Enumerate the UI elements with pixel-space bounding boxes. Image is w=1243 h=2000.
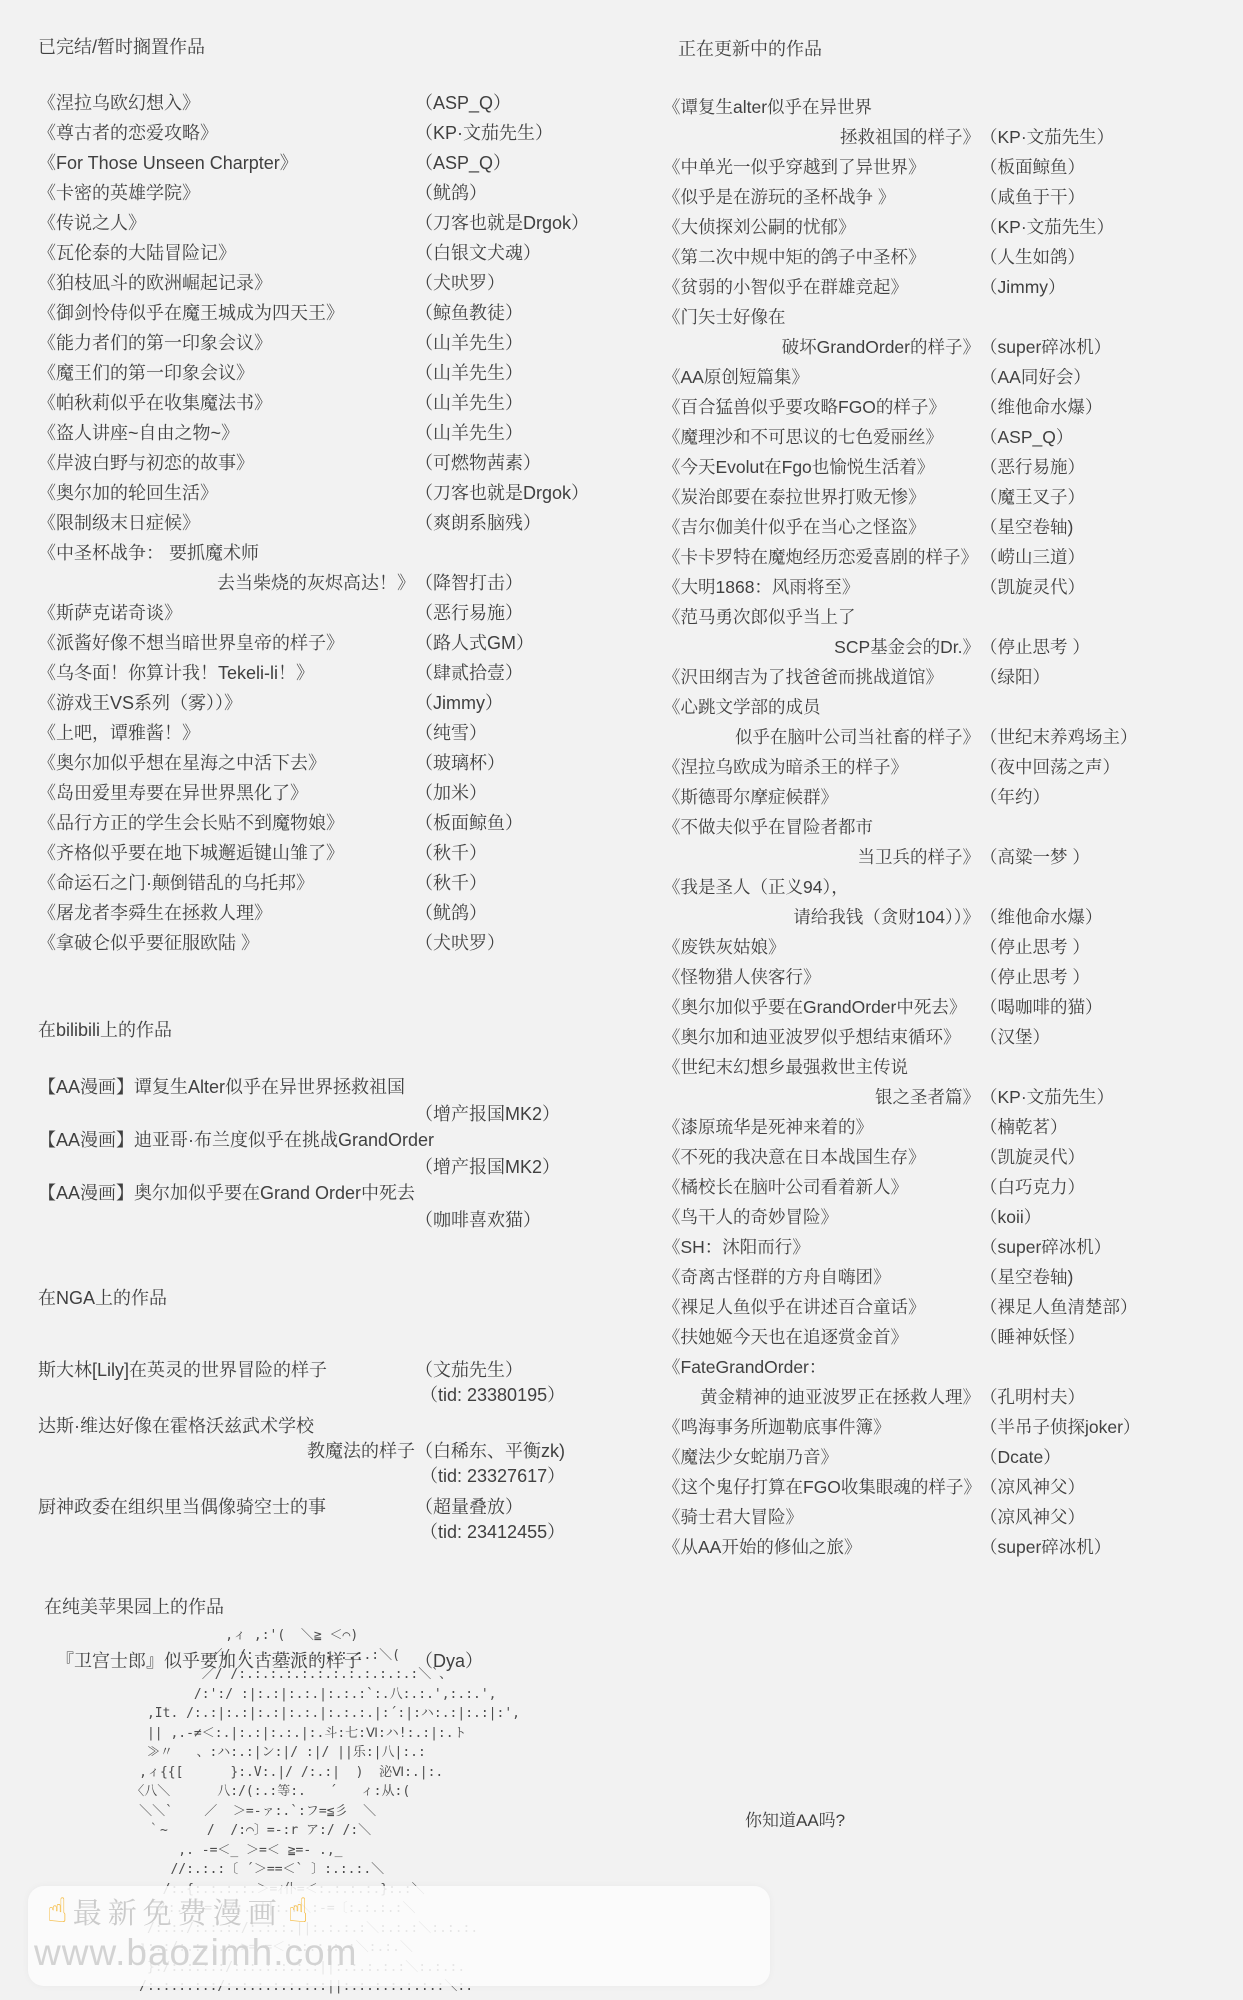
work-author: （AA同好会） <box>980 362 1238 392</box>
work-row: 《能力者们的第一印象会议》（山羊先生） <box>38 328 623 358</box>
work-title: 《涅拉乌欧幻想入》 <box>38 88 415 118</box>
work-title: 《中圣杯战争： 要抓魔术师 <box>38 538 623 568</box>
work-title: 《世纪末幻想乡最强救世主传说 <box>663 1052 1238 1082</box>
work-row: 《废铁灰姑娘》（停止思考 ） <box>663 932 1238 962</box>
work-author: （崂山三道） <box>980 542 1238 572</box>
work-author: （爽朗系脑残） <box>415 508 623 538</box>
work-row: 去当柴烧的灰烬高达！》（降智打击） <box>38 568 623 598</box>
work-row: 斯大林[Lily]在英灵的世界冒险的样子（文茄先生） <box>38 1358 623 1383</box>
work-row: 请给我钱（贪财104））》（维他命水爆） <box>663 902 1238 932</box>
work-title: 《似乎是在游玩的圣杯战争 》 <box>663 182 980 212</box>
work-author: （鱿鸽） <box>415 178 623 208</box>
updating-works-list: 《谭复生alter似乎在异世界拯救祖国的样子》（KP·文茄先生）《中单光一似乎穿… <box>663 92 1238 1562</box>
work-row: 厨神政委在组织里当偶像骑空士的事（超量叠放） <box>38 1495 623 1520</box>
work-title: 《斯德哥尔摩症候群》 <box>663 782 980 812</box>
work-author: （山羊先生） <box>415 418 623 448</box>
work-author: （鱿鸽） <box>415 898 623 928</box>
work-title: 《能力者们的第一印象会议》 <box>38 328 415 358</box>
work-row: 《品行方正的学生会长贴不到魔物娘》（板面鲸鱼） <box>38 808 623 838</box>
work-row: 《这个鬼仔打算在FGO收集眼魂的样子》（凉风神父） <box>663 1472 1238 1502</box>
work-title: 《斯萨克诺奇谈》 <box>38 598 415 628</box>
work-title: 《从AA开始的修仙之旅》 <box>663 1532 980 1562</box>
work-row: 《游戏王VS系列（雾））》（Jimmy） <box>38 688 623 718</box>
work-row: 《For Those Unseen Charpter》（ASP_Q） <box>38 148 623 178</box>
watermark-title: 最新免费漫画 <box>73 1891 283 1932</box>
work-row: 《裸足人鱼似乎在讲述百合童话》（裸足人鱼清楚部） <box>663 1292 1238 1322</box>
work-title: 《漆原琉华是死神来着的》 <box>663 1112 980 1142</box>
work-title: 《我是圣人（正义94）， <box>663 872 1238 902</box>
work-title: 【AA漫画】奥尔加似乎要在Grand Order中死去 <box>38 1180 623 1207</box>
work-author: （山羊先生） <box>415 358 623 388</box>
work-title: 《魔王们的第一印象会议》 <box>38 358 415 388</box>
work-author: （鲸鱼教徒） <box>415 298 623 328</box>
work-author: （文茄先生） <box>415 1358 623 1383</box>
work-row: 《魔理沙和不可思议的七色爱丽丝》（ASP_Q） <box>663 422 1238 452</box>
work-title: 《沢田纲吉为了找爸爸而挑战道馆》 <box>663 662 980 692</box>
work-row: 《奥尔加似乎想在星海之中活下去》（玻璃杯） <box>38 748 623 778</box>
work-row: 拯救祖国的样子》（KP·文茄先生） <box>663 122 1238 152</box>
work-title: 《奥尔加和迪亚波罗似乎想结束循环》 <box>663 1022 980 1052</box>
work-title: 《门矢士好像在 <box>663 302 1238 332</box>
thread-id: （tid: 23412455） <box>38 1520 623 1545</box>
work-title: 《游戏王VS系列（雾））》 <box>38 688 415 718</box>
list-item: 厨神政委在组织里当偶像骑空士的事（超量叠放）（tid: 23412455） <box>38 1495 623 1545</box>
work-author: （魔王叉子） <box>980 482 1238 512</box>
thread-id: （tid: 23327617） <box>38 1464 623 1489</box>
work-row: 《骑士君大冒险》（凉风神父） <box>663 1502 1238 1532</box>
work-row: 《奥尔加的轮回生活》（刀客也就是Drgok） <box>38 478 623 508</box>
work-row: 《狛枝凪斗的欧洲崛起记录》（犬吠罗） <box>38 268 623 298</box>
work-author: （咖啡喜欢猫） <box>38 1207 623 1234</box>
work-title: 《中单光一似乎穿越到了异世界》 <box>663 152 980 182</box>
work-title: 《御剑怜侍似乎在魔王城成为四天王》 <box>38 298 415 328</box>
work-row: 《魔法少女蛇崩乃音》（Dcate） <box>663 1442 1238 1472</box>
work-author: （Dcate） <box>980 1442 1238 1472</box>
work-title: 《第二次中规中矩的鸽子中圣杯》 <box>663 242 980 272</box>
work-author: （KP·文茄先生） <box>980 1082 1238 1112</box>
work-author: （可燃物茜素） <box>415 448 623 478</box>
work-title: 《AA原创短篇集》 <box>663 362 980 392</box>
work-author: （楠乾茗） <box>980 1112 1238 1142</box>
work-title: 《限制级末日症候》 <box>38 508 415 538</box>
work-author: （咸鱼于干） <box>980 182 1238 212</box>
work-author: （纯雪） <box>415 718 623 748</box>
work-row: 《斯德哥尔摩症候群》（年约） <box>663 782 1238 812</box>
work-author: （山羊先生） <box>415 388 623 418</box>
work-author: （增产报国MK2） <box>38 1154 623 1181</box>
work-title: 《大侦探刘公嗣的忧郁》 <box>663 212 980 242</box>
bilibili-works-list: 【AA漫画】谭复生Alter似乎在异世界拯救祖国（增产报国MK2）【AA漫画】迪… <box>38 1074 623 1233</box>
work-title: 《鸣海事务所迦勒底事件簿》 <box>663 1412 980 1442</box>
work-author: （KP·文茄先生） <box>980 122 1238 152</box>
nga-works-list: 斯大林[Lily]在英灵的世界冒险的样子（文茄先生）（tid: 23380195… <box>38 1358 623 1551</box>
work-title: 《贫弱的小智似乎在群雄竞起》 <box>663 272 980 302</box>
work-author: （凉风神父） <box>980 1502 1238 1532</box>
work-author: （半吊子侦探joker） <box>980 1412 1238 1442</box>
pointing-hand-icon: ☝ <box>47 1894 68 1928</box>
work-title: 《拿破仑似乎要征服欧陆 》 <box>38 928 415 958</box>
work-author: （刀客也就是Drgok） <box>415 208 623 238</box>
work-row: 《拿破仑似乎要征服欧陆 》（犬吠罗） <box>38 928 623 958</box>
work-title: 《上吧，谭雅酱！》 <box>38 718 415 748</box>
work-row: 《似乎是在游玩的圣杯战争 》（咸鱼于干） <box>663 182 1238 212</box>
work-title: 《不死的我决意在日本战国生存》 <box>663 1142 980 1172</box>
work-title: 《不做夫似乎在冒险者都市 <box>663 812 1238 842</box>
aa-question-text: 你知道AA吗? <box>745 1806 845 1831</box>
work-row: 《乌冬面！你算计我！Tekeli-li！》（肆贰拾壹） <box>38 658 623 688</box>
work-title: 《奇离古怪群的方舟自嗨团》 <box>663 1262 980 1292</box>
work-row: 《橘校长在脑叶公司看着新人》（白巧克力） <box>663 1172 1238 1202</box>
work-title: 《齐格似乎要在地下城邂逅键山雏了》 <box>38 838 415 868</box>
pointing-hand-icon: ☝ <box>288 1894 309 1928</box>
work-author: （维他命水爆） <box>980 902 1238 932</box>
work-title-continued: 请给我钱（贪财104））》 <box>663 902 980 932</box>
work-row: 《第二次中规中矩的鸽子中圣杯》（人生如鸽） <box>663 242 1238 272</box>
work-row: 《尊古者的恋爱攻略》（KP·文茄先生） <box>38 118 623 148</box>
work-title: 《For Those Unseen Charpter》 <box>38 148 415 178</box>
work-row: 《炭治郎要在泰拉世界打败无惨》（魔王叉子） <box>663 482 1238 512</box>
work-title-continued: 破坏GrandOrder的样子》 <box>663 332 980 362</box>
work-title: 《怪物猎人侠客行》 <box>663 962 980 992</box>
work-author: （白巧克力） <box>980 1172 1238 1202</box>
work-title: 《这个鬼仔打算在FGO收集眼魂的样子》 <box>663 1472 980 1502</box>
work-title: 《谭复生alter似乎在异世界 <box>663 92 1238 122</box>
section-heading-nga: 在NGA上的作品 <box>38 1284 167 1310</box>
work-author: （增产报国MK2） <box>38 1101 623 1128</box>
work-title: 《SH：沐阳而行》 <box>663 1232 980 1262</box>
work-title: 《范马勇次郎似乎当上了 <box>663 602 1238 632</box>
work-row: 《卡密的英雄学院》（鱿鸽） <box>38 178 623 208</box>
work-row: 《贫弱的小智似乎在群雄竞起》（Jimmy） <box>663 272 1238 302</box>
work-row: 《沢田纲吉为了找爸爸而挑战道馆》（绿阳） <box>663 662 1238 692</box>
work-row: 破坏GrandOrder的样子》（super碎冰机） <box>663 332 1238 362</box>
work-row: 《涅拉乌欧成为暗杀王的样子》（夜中回荡之声） <box>663 752 1238 782</box>
work-author: （玻璃杯） <box>415 748 623 778</box>
work-author: （山羊先生） <box>415 328 623 358</box>
section-heading-apple: 在纯美苹果园上的作品 <box>44 1593 224 1619</box>
work-author: （孔明村夫） <box>980 1382 1238 1412</box>
work-title: 《吉尔伽美什似乎在当心之怪盗》 <box>663 512 980 542</box>
work-author: （Jimmy） <box>980 272 1238 302</box>
work-title: 《传说之人》 <box>38 208 415 238</box>
work-author: （ASP_Q） <box>980 422 1238 452</box>
work-author: （年约） <box>980 782 1238 812</box>
work-title: 厨神政委在组织里当偶像骑空士的事 <box>38 1495 415 1520</box>
work-author: （肆贰拾壹） <box>415 658 623 688</box>
work-row: 教魔法的样子（白稀东、平衡zk) <box>38 1439 623 1464</box>
work-title: 《帕秋莉似乎在收集魔法书》 <box>38 388 415 418</box>
work-title: 【AA漫画】谭复生Alter似乎在异世界拯救祖国 <box>38 1074 623 1101</box>
work-row: 似乎在脑叶公司当社畜的样子》（世纪末养鸡场主） <box>663 722 1238 752</box>
work-title: 《裸足人鱼似乎在讲述百合童话》 <box>663 1292 980 1322</box>
work-row: 《吉尔伽美什似乎在当心之怪盗》（星空卷轴) <box>663 512 1238 542</box>
thread-id: （tid: 23380195） <box>38 1383 623 1408</box>
work-author: （汉堡） <box>980 1022 1238 1052</box>
work-title: 《狛枝凪斗的欧洲崛起记录》 <box>38 268 415 298</box>
work-row: 《扶她姬今天也在追逐赏金首》（睡神妖怪） <box>663 1322 1238 1352</box>
work-title: 《卡密的英雄学院》 <box>38 178 415 208</box>
work-author: （ASP_Q） <box>415 148 623 178</box>
list-item: 斯大林[Lily]在英灵的世界冒险的样子（文茄先生）（tid: 23380195… <box>38 1358 623 1408</box>
work-title: 《今天Evolut在Fgo也愉悦生活着》 <box>663 452 980 482</box>
work-author: （白银文犬魂） <box>415 238 623 268</box>
work-title-continued: 银之圣者篇》 <box>663 1082 980 1112</box>
work-title: 《橘校长在脑叶公司看着新人》 <box>663 1172 980 1202</box>
work-title: 《品行方正的学生会长贴不到魔物娘》 <box>38 808 415 838</box>
work-row: 《瓦伦泰的大陆冒险记》（白银文犬魂） <box>38 238 623 268</box>
work-row: 《盗人讲座~自由之物~》（山羊先生） <box>38 418 623 448</box>
work-title: 《涅拉乌欧成为暗杀王的样子》 <box>663 752 980 782</box>
work-title: 《炭治郎要在泰拉世界打败无惨》 <box>663 482 980 512</box>
work-row: 黄金精神的迪亚波罗正在拯救人理》（孔明村夫） <box>663 1382 1238 1412</box>
work-author: （路人式GM） <box>415 628 623 658</box>
work-title-continued: 似乎在脑叶公司当社畜的样子》 <box>663 722 980 752</box>
work-title: 《乌冬面！你算计我！Tekeli-li！》 <box>38 658 415 688</box>
work-row: 《帕秋莉似乎在收集魔法书》（山羊先生） <box>38 388 623 418</box>
work-author: （夜中回荡之声） <box>980 752 1238 782</box>
work-title: 《扶她姬今天也在追逐赏金首》 <box>663 1322 980 1352</box>
work-row: 《卡卡罗特在魔炮经历恋爱喜剧的样子》（崂山三道） <box>663 542 1238 572</box>
work-author: （koii） <box>980 1202 1238 1232</box>
work-title: 【AA漫画】迪亚哥·布兰度似乎在挑战GrandOrder <box>38 1127 623 1154</box>
section-heading-finished: 已完结/暂时搁置作品 <box>38 33 205 59</box>
work-row: 当卫兵的样子》（高粱一梦 ） <box>663 842 1238 872</box>
work-row: 《传说之人》（刀客也就是Drgok） <box>38 208 623 238</box>
work-row: 《今天Evolut在Fgo也愉悦生活着》（恶行易施） <box>663 452 1238 482</box>
work-title: 达斯·维达好像在霍格沃兹武术学校 <box>38 1414 623 1439</box>
work-row: 《岸波白野与初恋的故事》（可燃物茜素） <box>38 448 623 478</box>
work-author: （睡神妖怪） <box>980 1322 1238 1352</box>
work-title: 《瓦伦泰的大陆冒险记》 <box>38 238 415 268</box>
work-title: 《FateGrandOrder： <box>663 1352 1238 1382</box>
work-author: （super碎冰机） <box>980 1532 1238 1562</box>
work-title: 《魔法少女蛇崩乃音》 <box>663 1442 980 1472</box>
work-row: 《百合猛兽似乎要攻略FGO的样子》（维他命水爆） <box>663 392 1238 422</box>
work-title: 《心跳文学部的成员 <box>663 692 1238 722</box>
work-author: （犬吠罗） <box>415 268 623 298</box>
work-title: 《岛田爱里寿要在异世界黑化了》 <box>38 778 415 808</box>
work-author: （超量叠放） <box>415 1495 623 1520</box>
work-author: （喝咖啡的猫） <box>980 992 1238 1022</box>
work-author: （维他命水爆） <box>980 392 1238 422</box>
work-author: （super碎冰机） <box>980 1232 1238 1262</box>
work-title-continued: 当卫兵的样子》 <box>663 842 980 872</box>
list-item: 达斯·维达好像在霍格沃兹武术学校教魔法的样子（白稀东、平衡zk)（tid: 23… <box>38 1414 623 1489</box>
section-heading-bilibili: 在bilibili上的作品 <box>38 1016 172 1042</box>
work-row: 《奇离古怪群的方舟自嗨团》（星空卷轴) <box>663 1262 1238 1292</box>
work-row: 《从AA开始的修仙之旅》（super碎冰机） <box>663 1532 1238 1562</box>
work-author: （ASP_Q） <box>415 88 623 118</box>
work-author: （高粱一梦 ） <box>980 842 1238 872</box>
watermark-pill[interactable]: ☝ 最新免费漫画 ☝ www.baozimh.com <box>28 1886 770 1986</box>
work-title: 《骑士君大冒险》 <box>663 1502 980 1532</box>
work-row: 《御剑怜侍似乎在魔王城成为四天王》（鲸鱼教徒） <box>38 298 623 328</box>
work-title: 《卡卡罗特在魔炮经历恋爱喜剧的样子》 <box>663 542 980 572</box>
work-row: 《大明1868：风雨将至》（凯旋灵代） <box>663 572 1238 602</box>
watermark-url: www.baozimh.com <box>34 1932 357 1974</box>
work-title: 《鸟干人的奇妙冒险》 <box>663 1202 980 1232</box>
work-row: 银之圣者篇》（KP·文茄先生） <box>663 1082 1238 1112</box>
work-row: 《SH：沐阳而行》（super碎冰机） <box>663 1232 1238 1262</box>
work-author: （KP·文茄先生） <box>980 212 1238 242</box>
work-row: 《涅拉乌欧幻想入》（ASP_Q） <box>38 88 623 118</box>
work-title: 《废铁灰姑娘》 <box>663 932 980 962</box>
work-title: 斯大林[Lily]在英灵的世界冒险的样子 <box>38 1358 415 1383</box>
work-row: 《大侦探刘公嗣的忧郁》（KP·文茄先生） <box>663 212 1238 242</box>
work-author: （KP·文茄先生） <box>415 118 623 148</box>
work-row: 《中单光一似乎穿越到了异世界》（板面鲸鱼） <box>663 152 1238 182</box>
work-author: （降智打击） <box>415 568 623 598</box>
work-title-continued: 教魔法的样子 <box>38 1439 415 1464</box>
work-row: 《奥尔加和迪亚波罗似乎想结束循环》（汉堡） <box>663 1022 1238 1052</box>
work-author: （裸足人鱼清楚部） <box>980 1292 1238 1322</box>
work-author: （停止思考 ） <box>980 962 1238 992</box>
work-author: （恶行易施） <box>980 452 1238 482</box>
work-row: 《屠龙者李舜生在拯救人理》（鱿鸽） <box>38 898 623 928</box>
work-row: 《鸟干人的奇妙冒险》（koii） <box>663 1202 1238 1232</box>
work-row: 《漆原琉华是死神来着的》（楠乾茗） <box>663 1112 1238 1142</box>
work-row: 《斯萨克诺奇谈》（恶行易施） <box>38 598 623 628</box>
finished-works-list: 《涅拉乌欧幻想入》（ASP_Q）《尊古者的恋爱攻略》（KP·文茄先生）《For … <box>38 88 623 958</box>
work-row: 《魔王们的第一印象会议》（山羊先生） <box>38 358 623 388</box>
work-title-continued: SCP基金会的Dr.》 <box>663 632 980 662</box>
work-author: （凯旋灵代） <box>980 572 1238 602</box>
work-title: 《奥尔加似乎想在星海之中活下去》 <box>38 748 415 778</box>
work-author: （秋千） <box>415 868 623 898</box>
work-title: 《尊古者的恋爱攻略》 <box>38 118 415 148</box>
work-title-continued: 黄金精神的迪亚波罗正在拯救人理》 <box>663 1382 980 1412</box>
work-title: 《命运石之门·颠倒错乱的乌托邦》 <box>38 868 415 898</box>
work-author: （停止思考 ） <box>980 932 1238 962</box>
work-title: 《盗人讲座~自由之物~》 <box>38 418 415 448</box>
work-row: 《派酱好像不想当暗世界皇帝的样子》（路人式GM） <box>38 628 623 658</box>
work-title: 《魔理沙和不可思议的七色爱丽丝》 <box>663 422 980 452</box>
work-author: （绿阳） <box>980 662 1238 692</box>
work-row: 《命运石之门·颠倒错乱的乌托邦》（秋千） <box>38 868 623 898</box>
work-author: （星空卷轴) <box>980 512 1238 542</box>
work-row: 《奥尔加似乎要在GrandOrder中死去》（喝咖啡的猫） <box>663 992 1238 1022</box>
section-heading-updating: 正在更新中的作品 <box>678 35 822 61</box>
work-title: 《屠龙者李舜生在拯救人理》 <box>38 898 415 928</box>
work-author: （凉风神父） <box>980 1472 1238 1502</box>
work-author: （Jimmy） <box>415 688 623 718</box>
work-row: 《鸣海事务所迦勒底事件簿》（半吊子侦探joker） <box>663 1412 1238 1442</box>
work-author: （世纪末养鸡场主） <box>980 722 1238 752</box>
work-author: （板面鲸鱼） <box>415 808 623 838</box>
work-title: 《岸波白野与初恋的故事》 <box>38 448 415 478</box>
work-author: （停止思考 ） <box>980 632 1238 662</box>
watermark-title-line: ☝ 最新免费漫画 ☝ <box>42 1890 313 1932</box>
work-title: 《大明1868：风雨将至》 <box>663 572 980 602</box>
work-row: 《不死的我决意在日本战国生存》（凯旋灵代） <box>663 1142 1238 1172</box>
work-row: 《限制级末日症候》（爽朗系脑残） <box>38 508 623 538</box>
work-author: （板面鲸鱼） <box>980 152 1238 182</box>
work-author: （白稀东、平衡zk) <box>415 1439 623 1464</box>
work-author: （刀客也就是Drgok） <box>415 478 623 508</box>
work-title: 《奥尔加似乎要在GrandOrder中死去》 <box>663 992 980 1022</box>
work-row: 《怪物猎人侠客行》（停止思考 ） <box>663 962 1238 992</box>
work-author: （恶行易施） <box>415 598 623 628</box>
work-row: SCP基金会的Dr.》（停止思考 ） <box>663 632 1238 662</box>
work-author: （super碎冰机） <box>980 332 1238 362</box>
work-author: （凯旋灵代） <box>980 1142 1238 1172</box>
work-author: （人生如鸽） <box>980 242 1238 272</box>
work-author: （秋千） <box>415 838 623 868</box>
work-row: 《上吧，谭雅酱！》（纯雪） <box>38 718 623 748</box>
work-author: （加米） <box>415 778 623 808</box>
work-author: （犬吠罗） <box>415 928 623 958</box>
work-row: 《岛田爱里寿要在异世界黑化了》（加米） <box>38 778 623 808</box>
work-author: （星空卷轴) <box>980 1262 1238 1292</box>
work-title: 《派酱好像不想当暗世界皇帝的样子》 <box>38 628 415 658</box>
work-title-continued: 拯救祖国的样子》 <box>663 122 980 152</box>
work-row: 《AA原创短篇集》（AA同好会） <box>663 362 1238 392</box>
work-title-continued: 去当柴烧的灰烬高达！》 <box>38 568 415 598</box>
work-title: 《百合猛兽似乎要攻略FGO的样子》 <box>663 392 980 422</box>
work-title: 《奥尔加的轮回生活》 <box>38 478 415 508</box>
work-row: 《齐格似乎要在地下城邂逅键山雏了》（秋千） <box>38 838 623 868</box>
